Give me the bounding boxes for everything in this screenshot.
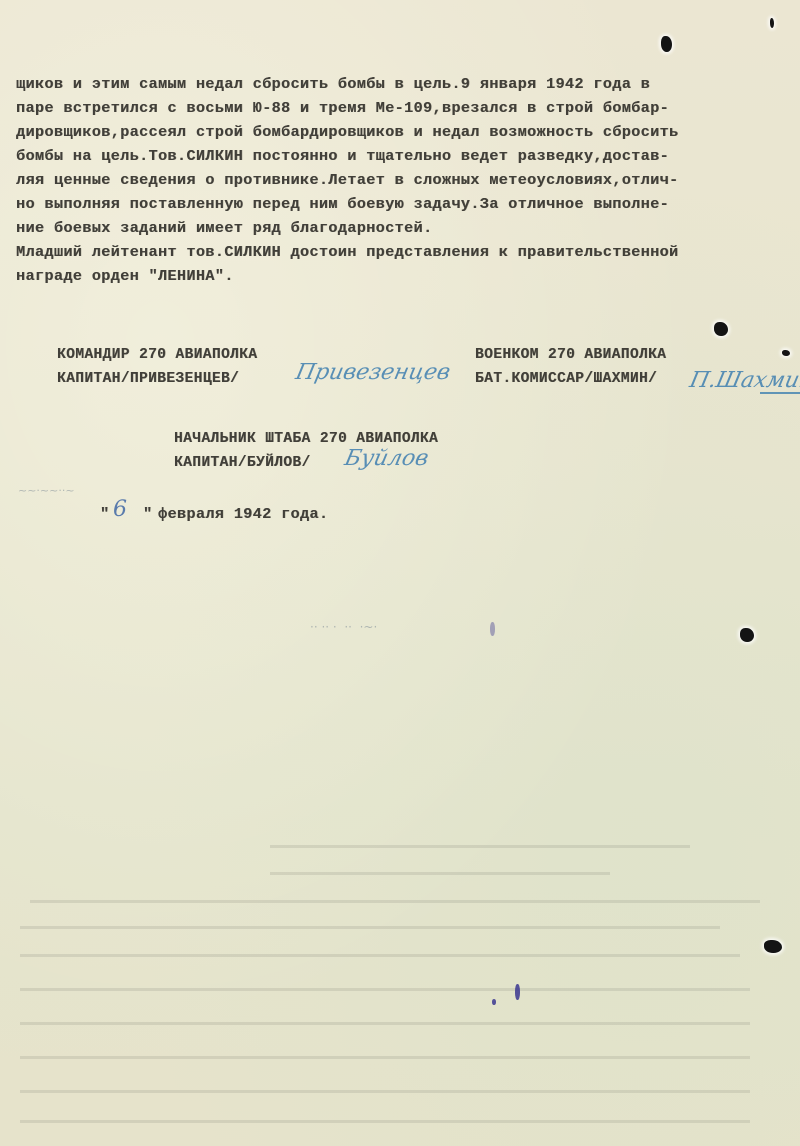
commissar-name: БАТ.КОМИССАР/ШАХМИН/ [475, 371, 657, 387]
ink-mark [515, 984, 520, 1000]
bleed-through-line [20, 1120, 750, 1123]
body-line: но выполняя поставленную перед ним боеву… [16, 195, 669, 213]
commissar-signature: П.Шахмин [687, 368, 800, 393]
body-line: ляя ценные сведения о противнике.Летает … [16, 171, 678, 189]
bleed-through-line [270, 872, 610, 875]
bleed-through-line [30, 900, 760, 903]
bleed-through-line [20, 954, 740, 957]
ink-smudge: ~~·~~··~ [18, 484, 75, 497]
punch-hole-mid [714, 322, 728, 336]
chief-of-staff-signature: Буйлов [342, 446, 430, 471]
bleed-through-line [270, 845, 690, 848]
date-close-quote: " [143, 505, 152, 523]
commander-title: КОМАНДИР 270 АВИАПОЛКА [57, 347, 257, 363]
date-text: февраля 1942 года. [158, 505, 328, 523]
bleed-through-line [20, 926, 720, 929]
punch-hole-top [661, 36, 672, 52]
commissar-title: ВОЕНКОМ 270 АВИАПОЛКА [475, 347, 666, 363]
body-line: щиков и этим самым недал сбросить бомбы … [16, 75, 650, 93]
body-line: дировщиков,рассеял строй бомбардировщико… [16, 123, 678, 141]
bleed-through-line [20, 1056, 750, 1059]
commissar-signature-stroke [760, 392, 800, 394]
commander-signature: Привезенцев [293, 360, 452, 385]
punch-hole-top-right [770, 18, 774, 28]
body-line: паре встретился с восьми Ю-88 и тремя Ме… [16, 99, 669, 117]
chief-of-staff-name: КАПИТАН/БУЙЛОВ/ [174, 455, 311, 471]
punch-hole-lower [740, 628, 754, 642]
date-open-quote: " [100, 505, 109, 523]
body-line: бомбы на цель.Тов.СИЛКИН постоянно и тща… [16, 147, 669, 165]
body-line: ние боевых заданий имеет ряд благодарнос… [16, 219, 432, 237]
bleed-through-line [20, 1090, 750, 1093]
body-line: награде орден "ЛЕНИНА". [16, 267, 234, 285]
ink-mark [490, 622, 495, 636]
body-line: Младший лейтенант тов.СИЛКИН достоин пре… [16, 243, 678, 261]
punch-hole-edge [782, 350, 790, 356]
ink-mark [492, 999, 496, 1005]
bleed-through-line [20, 988, 750, 991]
commander-name: КАПИТАН/ПРИВЕЗЕНЦЕВ/ [57, 371, 239, 387]
bleed-through-line [20, 1022, 750, 1025]
document-page: щиков и этим самым недал сбросить бомбы … [0, 0, 800, 1146]
faded-stamp: ·· ·· · ·· ·~· [310, 620, 377, 634]
date-day-handwritten: 6 [113, 497, 127, 522]
chief-of-staff-title: НАЧАЛЬНИК ШТАБА 270 АВИАПОЛКА [174, 431, 438, 447]
punch-hole-bottom [764, 940, 782, 953]
